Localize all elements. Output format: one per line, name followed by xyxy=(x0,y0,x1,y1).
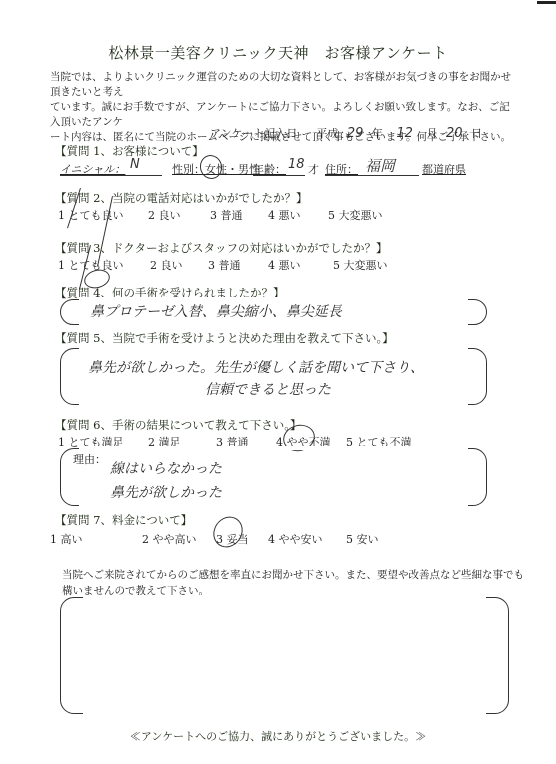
q3-heading: 【質問 3、ドクターおよびスタッフの対応はいかがでしたか？】 xyxy=(55,240,388,256)
q5-answer-line-1[interactable]: 鼻先が欲しかった。先生が優しく話を聞いて下さり、 xyxy=(88,357,424,377)
q7-options: 1 高い 2 やや高い 3 妥当 4 やや安い 5 安い xyxy=(50,531,510,547)
intro-line: 当院では、よりよいクリニック運営のための大切な資料として、お客様がお気づきの事を… xyxy=(50,70,520,100)
date-year-unit: 年 xyxy=(372,127,383,140)
address-unit: 都道府県 xyxy=(422,161,466,177)
date-month-unit: 月 xyxy=(426,127,437,140)
q2-option-1[interactable]: 1 とても良い xyxy=(58,207,124,223)
q7-heading: 【質問 7、料金について】 xyxy=(55,512,192,528)
bracket-gap xyxy=(79,403,468,407)
q3-option-4[interactable]: 4 悪い xyxy=(268,257,301,273)
q3-option-3[interactable]: 3 普通 xyxy=(208,257,241,273)
q2-option-3[interactable]: 3 普通 xyxy=(210,207,243,223)
date-year-field[interactable]: 29 xyxy=(342,126,369,141)
comments-prompt-line: 当院へご来院されてからのご感想を率直にお聞かせ下さい。また、要望や改善点など些細… xyxy=(62,567,524,583)
q7-option-1[interactable]: 1 高い xyxy=(50,531,83,547)
age-unit: 才 xyxy=(308,161,319,177)
bracket-gap xyxy=(83,712,486,716)
q6-reason-line-2[interactable]: 鼻先が欲しかった xyxy=(110,482,222,502)
q3-option-5[interactable]: 5 大変悪い xyxy=(333,257,388,273)
date-day-field[interactable]: 20 xyxy=(441,126,468,141)
age-underline xyxy=(253,175,305,176)
q5-heading: 【質問 5、当院で手術を受けようと決めた理由を教えて下さい。】 xyxy=(55,330,394,346)
q6-heading: 【質問 6、手術の結果について教えて下さい。】 xyxy=(55,417,302,433)
bracket-gap xyxy=(83,595,486,599)
q2-option-2[interactable]: 2 良い xyxy=(148,207,181,223)
q2-option-4[interactable]: 4 悪い xyxy=(268,207,301,223)
initial-field[interactable]: N xyxy=(130,157,140,172)
address-field[interactable]: 福岡 xyxy=(365,155,395,176)
age-field[interactable]: 18 xyxy=(288,157,305,172)
q2-heading: 【質問 2、当院の電話対応はいかがでしたか？】 xyxy=(55,190,307,206)
q3-options: 1 とても良い 2 良い 3 普通 4 悪い 5 大変悪い xyxy=(58,257,508,273)
q3-option-2[interactable]: 2 良い xyxy=(150,257,183,273)
scan-artifact xyxy=(537,1,556,4)
footer-thanks: ≪アンケートへのご協力、誠にありがとうございました。≫ xyxy=(0,728,556,744)
q6-reason-label: 理由： xyxy=(73,451,106,467)
date-era: 平成 xyxy=(316,127,338,140)
date-label: アンケート記入日 xyxy=(210,127,297,140)
comments-box[interactable] xyxy=(60,597,509,714)
bracket-gap xyxy=(79,504,468,508)
page-title: 松林景一美容クリニック天神 お客様アンケート xyxy=(0,42,556,63)
q7-option-2[interactable]: 2 やや高い xyxy=(142,531,197,547)
q2-option-5[interactable]: 5 大変悪い xyxy=(328,207,383,223)
q2-options: 1 とても良い 2 良い 3 普通 4 悪い 5 大変悪い xyxy=(58,207,508,223)
survey-date: アンケート記入日 平成 29 年 12 月 20 日 xyxy=(210,125,482,141)
bracket-gap xyxy=(79,323,468,327)
date-day-unit: 日 xyxy=(471,127,482,140)
date-month-field[interactable]: 12 xyxy=(386,126,423,141)
address-underline xyxy=(325,175,419,176)
gender-separator: ・ xyxy=(227,163,238,176)
bracket-gap xyxy=(79,346,468,350)
q7-option-4[interactable]: 4 やや安い xyxy=(268,531,323,547)
initial-underline xyxy=(60,175,162,176)
q7-option-5[interactable]: 5 安い xyxy=(346,531,379,547)
q5-answer-line-2[interactable]: 信頼できると思った xyxy=(205,379,331,399)
q4-answer[interactable]: 鼻プロテーゼ入替、鼻尖縮小、鼻尖延長 xyxy=(90,301,342,321)
bracket-gap xyxy=(79,446,468,450)
q6-reason-line-1[interactable]: 線はいらなかった xyxy=(110,458,222,478)
q1-fields: イニシャル： N 性別：女性・男性 年齢： 18 才 住所： 福岡 都道府県 xyxy=(60,160,530,178)
